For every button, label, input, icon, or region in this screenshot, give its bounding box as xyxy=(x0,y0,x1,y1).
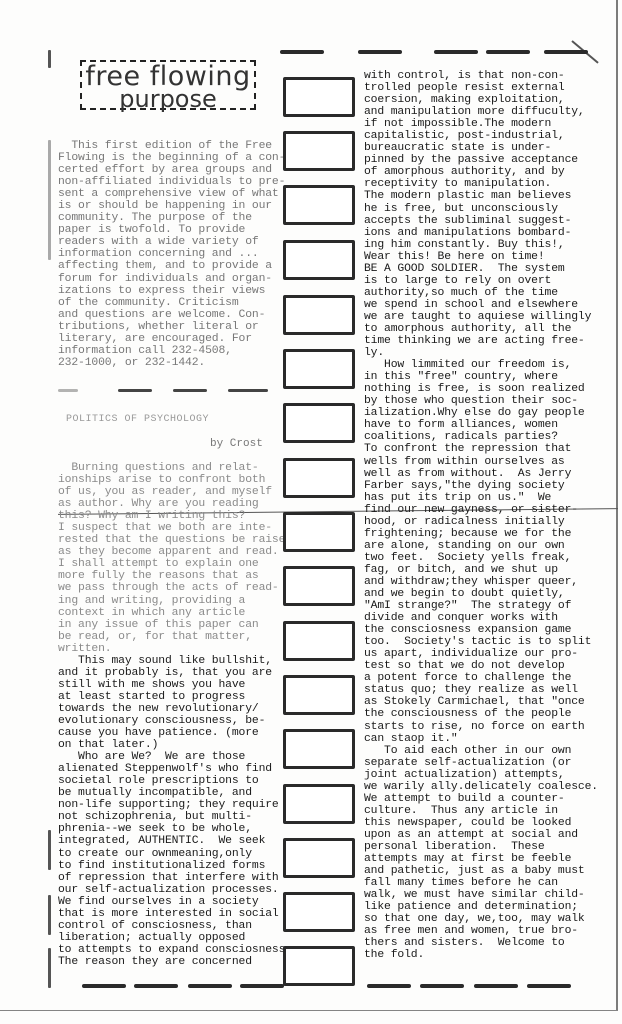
text-line: community. The purpose of the xyxy=(58,212,285,224)
gutter-box xyxy=(283,675,355,715)
gutter-box xyxy=(283,838,355,878)
gutter-box xyxy=(283,784,355,824)
text-line: rested that the questions be raised xyxy=(58,534,292,546)
text-line: I shall attempt to explain one xyxy=(58,558,292,570)
text-line: in any issue of this paper can xyxy=(58,619,292,631)
margin-mark xyxy=(48,948,51,988)
text-line: find our new gayness, or sister- xyxy=(364,504,598,516)
text-line: upon as an attempt at social and xyxy=(364,829,598,841)
text-line: to find institutionalized forms xyxy=(58,860,292,872)
text-line: as they become apparent and read. xyxy=(58,546,292,558)
text-line: paper is twofold. To provide xyxy=(58,224,285,236)
margin-mark xyxy=(48,895,51,935)
text-line: readers with a wide variety of xyxy=(58,236,285,248)
article-right-column: with control, is that non-con-trolled pe… xyxy=(364,70,598,961)
text-line: test so that we do not develop xyxy=(364,660,598,672)
text-line: certed effort by area groups and xyxy=(58,164,285,176)
text-line: coalitions, radicals parties? xyxy=(364,431,598,443)
newspaper-page: free flowing purpose This first edition … xyxy=(0,0,622,1024)
text-line: of the community. Criticism xyxy=(58,297,285,309)
gutter-box xyxy=(283,621,355,661)
text-line: personal liberation. These xyxy=(364,841,598,853)
top-dash-rule xyxy=(280,50,600,54)
text-line: ing and writing, providing a xyxy=(58,595,292,607)
text-line: we pass through the acts of read- xyxy=(58,582,292,594)
text-line: and it probably is, that you are xyxy=(58,667,292,679)
text-line: and withdraw;they whisper queer, xyxy=(364,576,598,588)
text-line: non-life supporting; they require xyxy=(58,799,292,811)
article-left-column: Burning questions and relat-ionships ari… xyxy=(58,462,292,968)
text-line: the fold. xyxy=(364,949,598,961)
text-line: the consciousness of the people xyxy=(364,708,598,720)
text-line: BE A GOOD SOLDIER. The system xyxy=(364,263,598,275)
text-line: accepts the subliminal suggest- xyxy=(364,215,598,227)
text-line: thers and sisters. Welcome to xyxy=(364,937,598,949)
text-line: still with me shows you have xyxy=(58,679,292,691)
text-line: has put its trip on us." We xyxy=(364,492,598,504)
text-line: as free men and women, true bro- xyxy=(364,925,598,937)
text-line: integrated, AUTHENTIC. We seek xyxy=(58,835,292,847)
text-line: This first edition of the Free xyxy=(58,140,285,152)
text-line: tributions, whether literal or xyxy=(58,321,285,333)
gutter-box xyxy=(283,729,355,769)
text-line: we are taught to aquiese willingly xyxy=(364,311,598,323)
text-line: the consciosness expansion game xyxy=(364,624,598,636)
text-line: of repression that interfere with xyxy=(58,872,292,884)
text-line: information call 232-4508, xyxy=(58,345,285,357)
text-line: fall many times before he can xyxy=(364,877,598,889)
gutter-box xyxy=(283,185,355,225)
text-line: more fully the reasons that as xyxy=(58,570,292,582)
text-line: in this "free" country, where xyxy=(364,371,598,383)
text-line: as author. Why are you reading xyxy=(58,498,292,510)
text-line: is or should be happening in our xyxy=(58,200,285,212)
text-line: bureaucratic state is under- xyxy=(364,142,598,154)
text-line: alienated Steppenwolf's who find xyxy=(58,763,292,775)
text-line: two feet. Society yells freak, xyxy=(364,552,598,564)
text-line: towards the new revolutionary/ xyxy=(58,703,292,715)
text-line: trolled people resist external xyxy=(364,82,598,94)
text-line: context in which any article xyxy=(58,607,292,619)
text-line: I suspect that we both are inte- xyxy=(58,522,292,534)
text-line: to amorphous authority, all the xyxy=(364,323,598,335)
masthead: free flowing purpose xyxy=(80,60,256,110)
text-line: affecting them, and to provide a xyxy=(58,260,285,272)
margin-mark xyxy=(48,830,51,870)
text-line: ions and manipulations bombard- xyxy=(364,227,598,239)
text-line: We attempt to build a counter- xyxy=(364,793,598,805)
gutter-box xyxy=(283,349,355,389)
text-line: non-affiliated individuals to pre- xyxy=(58,176,285,188)
text-line: starts to rise, no force on earth xyxy=(364,721,598,733)
text-line: divide and conquer works with xyxy=(364,612,598,624)
text-line: ing him constantly. Buy this!, xyxy=(364,239,598,251)
text-line: izations to express their views xyxy=(58,285,285,297)
text-line: as Stokely Carmichael, that "once xyxy=(364,696,598,708)
text-line: forum for individuals and organ- xyxy=(58,273,285,285)
text-line: is to large to rely on overt xyxy=(364,275,598,287)
page-edge-bottom xyxy=(0,1010,618,1011)
text-line: and manipulation more diffuculty, xyxy=(364,106,598,118)
text-line: we spend in school and elsewhere xyxy=(364,299,598,311)
text-line: like patience and determination; xyxy=(364,901,598,913)
text-line: authority,so much of the time xyxy=(364,287,598,299)
gutter-box xyxy=(283,403,355,443)
text-line: at least started to progress xyxy=(58,691,292,703)
gutter-box xyxy=(283,131,355,171)
gutter-box xyxy=(283,77,355,117)
intro-column: This first edition of the FreeFlowing is… xyxy=(58,140,285,369)
text-line: phrenia--we seek to be whole, xyxy=(58,823,292,835)
text-line: of us, you as reader, and myself xyxy=(58,486,292,498)
text-line: frightening; because we for the xyxy=(364,528,598,540)
text-line: Farber says,"the dying society xyxy=(364,480,598,492)
text-line: that is more interested in social xyxy=(58,908,292,920)
text-line: To aid each other in our own xyxy=(364,745,598,757)
article-subheading: POLITICS OF PSYCHOLOGY xyxy=(66,414,209,425)
gutter-box xyxy=(283,240,355,280)
text-line: ialization.Why else do gay people xyxy=(364,407,598,419)
text-line: coersion, making exploitation, xyxy=(364,94,598,106)
text-line: and we begin to doubt quietly, xyxy=(364,588,598,600)
text-line: and questions are welcome. Con- xyxy=(58,309,285,321)
text-line: ionships arise to confront both xyxy=(58,474,292,486)
text-line: not schizophrenia, but multi- xyxy=(58,811,292,823)
masthead-title-line2: purpose xyxy=(82,89,254,109)
text-line: separate self-actualization (or xyxy=(364,757,598,769)
article-byline: by Crost xyxy=(210,438,263,450)
text-line: walk, we must have similar child- xyxy=(364,889,598,901)
text-line: To confront the repression that xyxy=(364,443,598,455)
text-line: control of consciosness, than xyxy=(58,920,292,932)
text-line: cause you have patience. (more xyxy=(58,727,292,739)
text-line: Burning questions and relat- xyxy=(58,462,292,474)
text-line: receptivity to manipulation. xyxy=(364,178,598,190)
text-line: attempts may at first be feeble xyxy=(364,853,598,865)
gutter-box xyxy=(283,458,355,498)
text-line: on that later.) xyxy=(58,739,292,751)
text-line: How limmited our freedom is, xyxy=(364,359,598,371)
text-line: status quo; they realize as well xyxy=(364,684,598,696)
margin-mark xyxy=(48,50,51,68)
text-line: a potent force to challenge the xyxy=(364,672,598,684)
text-line: written. xyxy=(58,643,292,655)
text-line: are alone, standing on our own xyxy=(364,540,598,552)
margin-mark xyxy=(48,140,51,260)
text-line: he is free, but unconsciously xyxy=(364,203,598,215)
text-line: capitalistic, post-industrial, xyxy=(364,130,598,142)
text-line: can staop it." xyxy=(364,733,598,745)
text-line: We find ourselves in a society xyxy=(58,896,292,908)
text-line: this newspaper, could be looked xyxy=(364,817,598,829)
text-line: The reason they are concerned xyxy=(58,956,292,968)
page-edge-right xyxy=(616,0,618,1010)
text-line: fag, or bitch, and we shut up xyxy=(364,564,598,576)
text-line: Who are We? We are those xyxy=(58,751,292,763)
text-line: "AmI strange?" The strategy of xyxy=(364,600,598,612)
text-line: we warily ally.delicately coalesce. xyxy=(364,781,598,793)
text-line: ly. xyxy=(364,347,598,359)
text-line: with control, is that non-con- xyxy=(364,70,598,82)
text-line: pinned by the passive acceptance xyxy=(364,154,598,166)
text-line: liberation; actually opposed xyxy=(58,932,292,944)
text-line: well as from without. As Jerry xyxy=(364,468,598,480)
text-line: 232-1000, or 232-1442. xyxy=(58,357,285,369)
text-line: our self-actualization processes. xyxy=(58,884,292,896)
gutter-box xyxy=(283,295,355,335)
text-line: nothing is free, is soon realized xyxy=(364,383,598,395)
text-line: evolutionary consciousness, be- xyxy=(58,715,292,727)
text-line: too. Society's tactic is to split xyxy=(364,636,598,648)
text-line: Flowing is the beginning of a con- xyxy=(58,152,285,164)
text-line: literary, are encouraged. For xyxy=(58,333,285,345)
text-line: be read, or, for that matter, xyxy=(58,631,292,643)
gutter-box xyxy=(283,566,355,606)
gutter-box xyxy=(283,512,355,552)
text-line: if not impossible.The modern xyxy=(364,118,598,130)
text-line: to create our ownmeaning,only xyxy=(58,848,292,860)
text-line: This may sound like bullshit, xyxy=(58,655,292,667)
text-line: have to form alliances, women xyxy=(364,419,598,431)
text-line: time thinking we are acting free- xyxy=(364,335,598,347)
text-line: sent a comprehensive view of what xyxy=(58,188,285,200)
text-line: of amorphous authority, and by xyxy=(364,166,598,178)
gutter-box xyxy=(283,946,355,986)
text-line: so that one day, we,too, may walk xyxy=(364,913,598,925)
text-line: wells from within ourselves as xyxy=(364,456,598,468)
text-line: culture. Thus any article in xyxy=(364,805,598,817)
text-line: this? Why am I writing this? xyxy=(58,510,292,522)
text-line: societal role prescriptions to xyxy=(58,775,292,787)
text-line: to attempts to expand consciosness. xyxy=(58,944,292,956)
text-line: The modern plastic man believes xyxy=(364,190,598,202)
text-line: us apart, individualize our pro- xyxy=(364,648,598,660)
text-line: hood, or radicalness initially xyxy=(364,516,598,528)
text-line: joint actualization) attempts, xyxy=(364,769,598,781)
text-line: be mutually incompatible, and xyxy=(58,787,292,799)
text-line: by those who question their soc- xyxy=(364,395,598,407)
text-line: information concerning and ... xyxy=(58,248,285,260)
text-line: Wear this! Be here on time! xyxy=(364,251,598,263)
section-divider xyxy=(58,389,268,392)
gutter-box xyxy=(283,892,355,932)
text-line: and pathetic, just as a baby must xyxy=(364,865,598,877)
